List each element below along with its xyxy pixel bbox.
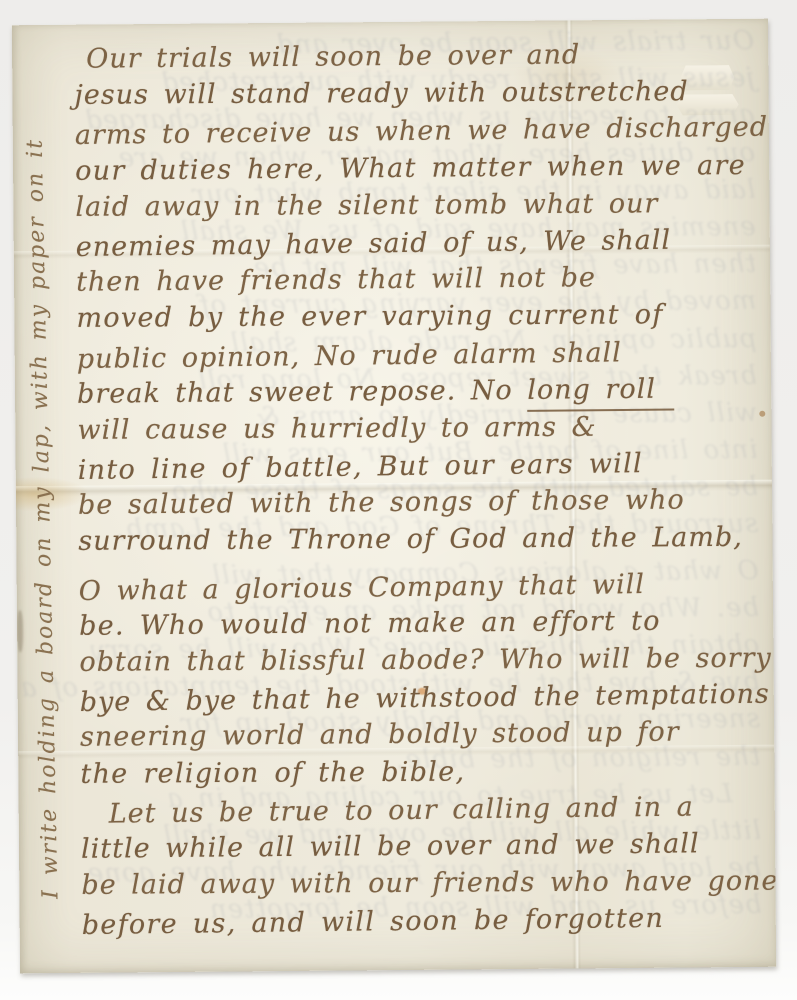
letter-line: Our trials will soon be over and — [74, 35, 776, 78]
letter-line-text: enemies may have said of us, We shall — [76, 225, 672, 263]
letter-paper: Our trials will soon be over andjesus wi… — [12, 19, 776, 974]
letter-line-text: into line of battle, But our ears will — [78, 448, 644, 486]
letter-line-text: O what a glorious Company that will — [79, 569, 645, 607]
letter-line-text: bye & bye that he withstood the temptati… — [80, 678, 777, 718]
letter-line: will cause us hurriedly to arms & — [77, 407, 776, 448]
letter-line-text: our duties here, What matter when we are — [75, 149, 746, 186]
letter-line: surround the Throne of God and the Lamb, — [78, 519, 776, 560]
letter-line: public opinion, No rude alarm shall — [77, 332, 777, 378]
letter-line: moved by the ever varying current of — [76, 296, 776, 337]
letter-line: O what a glorious Company that will — [79, 564, 777, 610]
letter-line-text: before us, and will soon be forgotten — [82, 903, 665, 941]
letter-line: the religion of the bible, — [80, 751, 776, 792]
letter-line-text: Let us be true to our calling and in a — [109, 791, 694, 829]
letter-line-text: the religion of the bible, — [80, 756, 465, 789]
letter-line: be laid away with our friends who have g… — [81, 863, 776, 904]
letter-line: before us, and will soon be forgotten — [82, 899, 777, 945]
letter-line-text: obtain that blissful abode? Who will be … — [79, 643, 771, 678]
letter-line-text: public opinion, No rude alarm shall — [77, 337, 622, 375]
letter-line-text: little while all will be over and we sha… — [81, 828, 700, 864]
letter-line-text: moved by the ever varying current of — [76, 300, 663, 335]
letter-line-text: Our trials will soon be over and — [86, 39, 580, 74]
letter-line-text: surround the Throne of God and the Lamb, — [78, 522, 743, 557]
letter-line-text: be saluted with the songs of those who — [78, 485, 685, 521]
letter-line-text: sneering world and boldly stood up for — [80, 717, 680, 753]
letter-line-text: laid away in the silent tomb what our — [75, 188, 658, 223]
letter-line: jesus will stand ready with outstretched — [74, 73, 776, 114]
letter-body: Our trials will soon be over andjesus wi… — [74, 35, 776, 943]
letter-line-text: be laid away with our friends who have g… — [81, 866, 776, 901]
letter-line-text: then have friends that will not be — [76, 262, 596, 298]
letter-line-text: jesus will stand ready with outstretched — [74, 76, 688, 111]
letter-line-text: arms to receive us when we have discharg… — [75, 112, 769, 151]
margin-note: I write holding a board on my lap, with … — [20, 99, 67, 899]
letter-line-text: break that sweet repose. No — [77, 375, 527, 410]
stain-mark — [17, 610, 23, 652]
letter-line-text: be. Who would not make an effort to — [79, 605, 661, 641]
underlined-phrase: long roll — [527, 370, 674, 411]
letter-line: laid away in the silent tomb what our — [75, 184, 776, 225]
letter-line-text: will cause us hurriedly to arms & — [77, 412, 596, 446]
letter-line: obtain that blissful abode? Who will be … — [79, 640, 776, 681]
